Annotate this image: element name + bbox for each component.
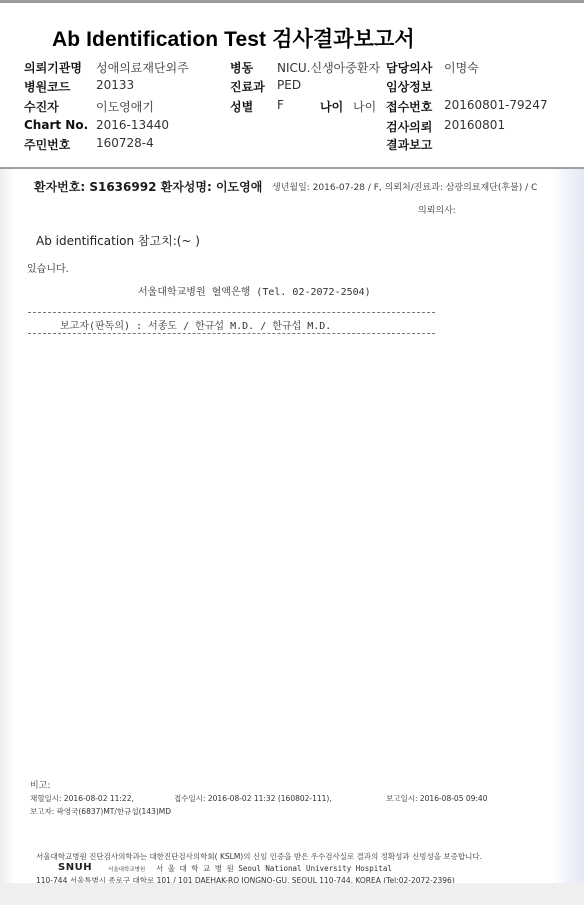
field-result-report: 결과보고 [386,136,432,153]
field-label: 나이 [320,100,343,114]
field-sex: 성별 [230,98,253,115]
field-label: 주민번호 [24,138,70,152]
field-receipt-no: 접수번호 [386,98,432,115]
report-time: 보고일시: 2016-08-05 09:40 [386,793,487,804]
field-value-doctor: 이명숙 [444,61,479,75]
patient-line-details: 생년월일: 2016-07-28 / F, 의뢰처/진료과: 삼광의료재단(후불… [272,180,537,193]
snuh-logo-small: 서울대학교병원 [108,865,145,873]
dashed-divider [28,312,435,313]
collection-time: 채혈일시: 2016-08-02 11:22, [30,793,134,804]
page-title: Ab Identification Test 검사결과보고서 [52,23,415,53]
field-department: 진료과 [230,78,265,95]
receipt-time: 접수일시: 2016-08-02 11:32 (160802-111), [174,793,332,804]
field-value-receipt-no: 20160801-79247 [444,98,548,112]
bottom-margin [0,883,584,905]
reporters-line: 보고자(판독의) : 서종도 / 한규섭 M.D. / 한규섭 M.D. [60,317,331,332]
field-value-sex: F [277,98,284,112]
field-value-resident-no: 160728-4 [96,136,154,150]
field-label: 병동 [230,61,253,75]
field-institution: 의뢰기관명 [24,59,82,76]
field-value-chart-no: 2016-13440 [96,118,169,132]
blood-bank-line: 서울대학교병원 혈액은행 (Tel. 02-2072-2504) [138,283,371,298]
test-name-reference: Ab identification 참고치:(~ ) [36,232,200,249]
requesting-doctor: 의뢰의사: [418,203,456,216]
dashed-divider [28,333,435,334]
scanned-report: 환자번호: S1636992 환자성명: 이도영애 생년월일: 2016-07-… [0,169,584,883]
snuh-logo: SNUH [58,862,92,873]
field-ward: 병동 [230,59,253,76]
field-label: 진료과 [230,80,265,94]
reporter: 보고자: 곽영국(6837)MT/한규섭(143)MD [30,806,171,817]
hospital-name: 서 울 대 학 교 병 원 Seoul National University … [156,863,392,874]
field-test-request: 검사의뢰 [386,118,432,135]
field-value-test-request: 20160801 [444,118,505,132]
result-text: 있습니다. [27,260,69,275]
field-label: 검사의뢰 [386,120,432,134]
field-label: 담당의사 [386,61,432,75]
report-header: Ab Identification Test 검사결과보고서 의뢰기관명 성애의… [0,3,584,167]
field-hospital-code: 병원코드 [24,78,70,95]
certification-text: 서울대학교병원 진단검사의학과는 대한진단검사의학회( KSLM)의 신임 인증… [36,851,482,862]
field-label: 의뢰기관명 [24,61,82,75]
patient-line-bold: 환자번호: S1636992 환자성명: 이도영애 [34,178,262,195]
field-value-institution: 성애의료재단외주 [96,61,189,75]
field-label: 성별 [230,100,253,114]
field-resident-no: 주민번호 [24,136,70,153]
field-label: 수진자 [24,100,59,114]
hospital-address: 110-744 서울특별시 종로구 대학로 101 / 101 DAEHAK-R… [36,875,455,883]
field-value-ward: NICU.신생아중환자 [277,61,380,75]
field-age: 나이 [320,98,343,115]
field-label: 임상정보 [386,80,432,94]
field-value-age: 나이 [353,100,376,114]
field-value-hospital-code: 20133 [96,78,134,92]
field-value-department: PED [277,78,301,92]
field-label: Chart No. [24,118,88,132]
remarks-label: 비고: [30,778,50,791]
field-chart-no: Chart No. [24,118,88,132]
field-label: 병원코드 [24,80,70,94]
field-doctor: 담당의사 [386,59,432,76]
field-clinical-info: 임상정보 [386,78,432,95]
field-patient: 수진자 [24,98,59,115]
field-value-patient: 이도영애기 [96,100,154,114]
field-label: 결과보고 [386,138,432,152]
field-label: 접수번호 [386,100,432,114]
